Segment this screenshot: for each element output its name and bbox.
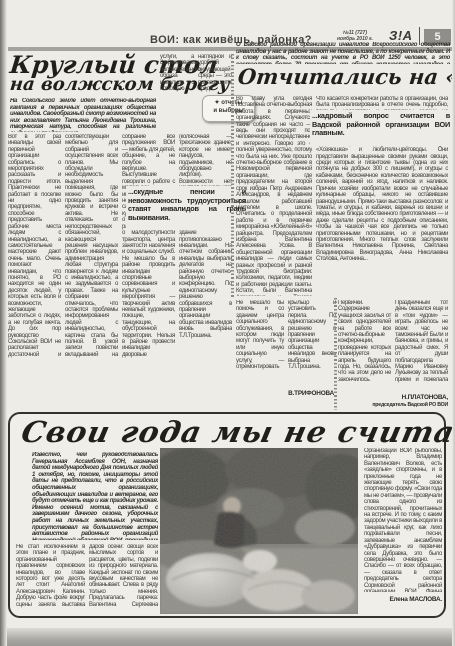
article-divider-bottom — [334, 298, 337, 410]
bottom-article-headline: Свои года мы не считаем — [18, 415, 455, 449]
harvest-photo-image — [160, 448, 358, 614]
newspaper-logo: З!А — [389, 28, 413, 43]
left-article-pull-quote: ...скудные пенсии и невозможность трудоу… — [126, 186, 248, 230]
bottom-article-lead: Известно, чем руководствовалась Генераль… — [32, 452, 158, 540]
right-article-column-1: Во главу угла сегодня поставлена отчетно… — [236, 96, 312, 296]
right-article-headline: Отчитались на «5» — [237, 64, 455, 89]
bottom-article-left-columns: Не стал исключением в этом плане и празд… — [16, 544, 158, 614]
article-divider-top — [231, 54, 234, 298]
bottom-article-signature: Елена МАСЛОВА. — [358, 596, 442, 603]
right-article-bottom-columns: Первички. Содержание учащихся засилья от… — [338, 300, 448, 384]
harvest-photo — [160, 448, 358, 614]
left-article-side-columns: услуги, а формирование положительного об… — [160, 54, 232, 94]
right-article-intro: О Вадской районной организации инвалидов… — [236, 42, 450, 64]
left-article-signature: В.ТРИФОНОВА — [240, 390, 334, 397]
newspaper-scan: { "header": { "title": "ВОИ: как живёшь,… — [0, 0, 455, 646]
issue-info: №11 (727) ноябрь 2010 г. — [330, 31, 380, 42]
bottom-article-frame: Свои года мы не считаем Известно, чем ру… — [8, 412, 446, 618]
bottom-article-right-column: Организации ВОИ рыболовы, например, Влад… — [364, 448, 442, 592]
right-article-pull-quote: ...кадровый вопрос считается в Вадской р… — [310, 110, 452, 146]
left-article-continuation: Не мешало бы помочь и со зданием центра … — [236, 300, 336, 384]
right-article-signature-title: председатель Вадской РО ВОИ — [340, 402, 448, 408]
left-article-lead: На Сокольской земле идет отчетно-выборна… — [10, 98, 156, 132]
right-article-signature-name: Н.ПЛАТОНОВА, — [340, 394, 448, 401]
newspaper-page: ВОИ: как живёшь, районка? №11 (727) нояб… — [0, 0, 455, 634]
left-article-body: Вот в этот раз инвалиды своей первичной … — [8, 134, 232, 392]
scan-edge-bottom — [0, 628, 455, 646]
scan-edge-left — [0, 0, 7, 646]
